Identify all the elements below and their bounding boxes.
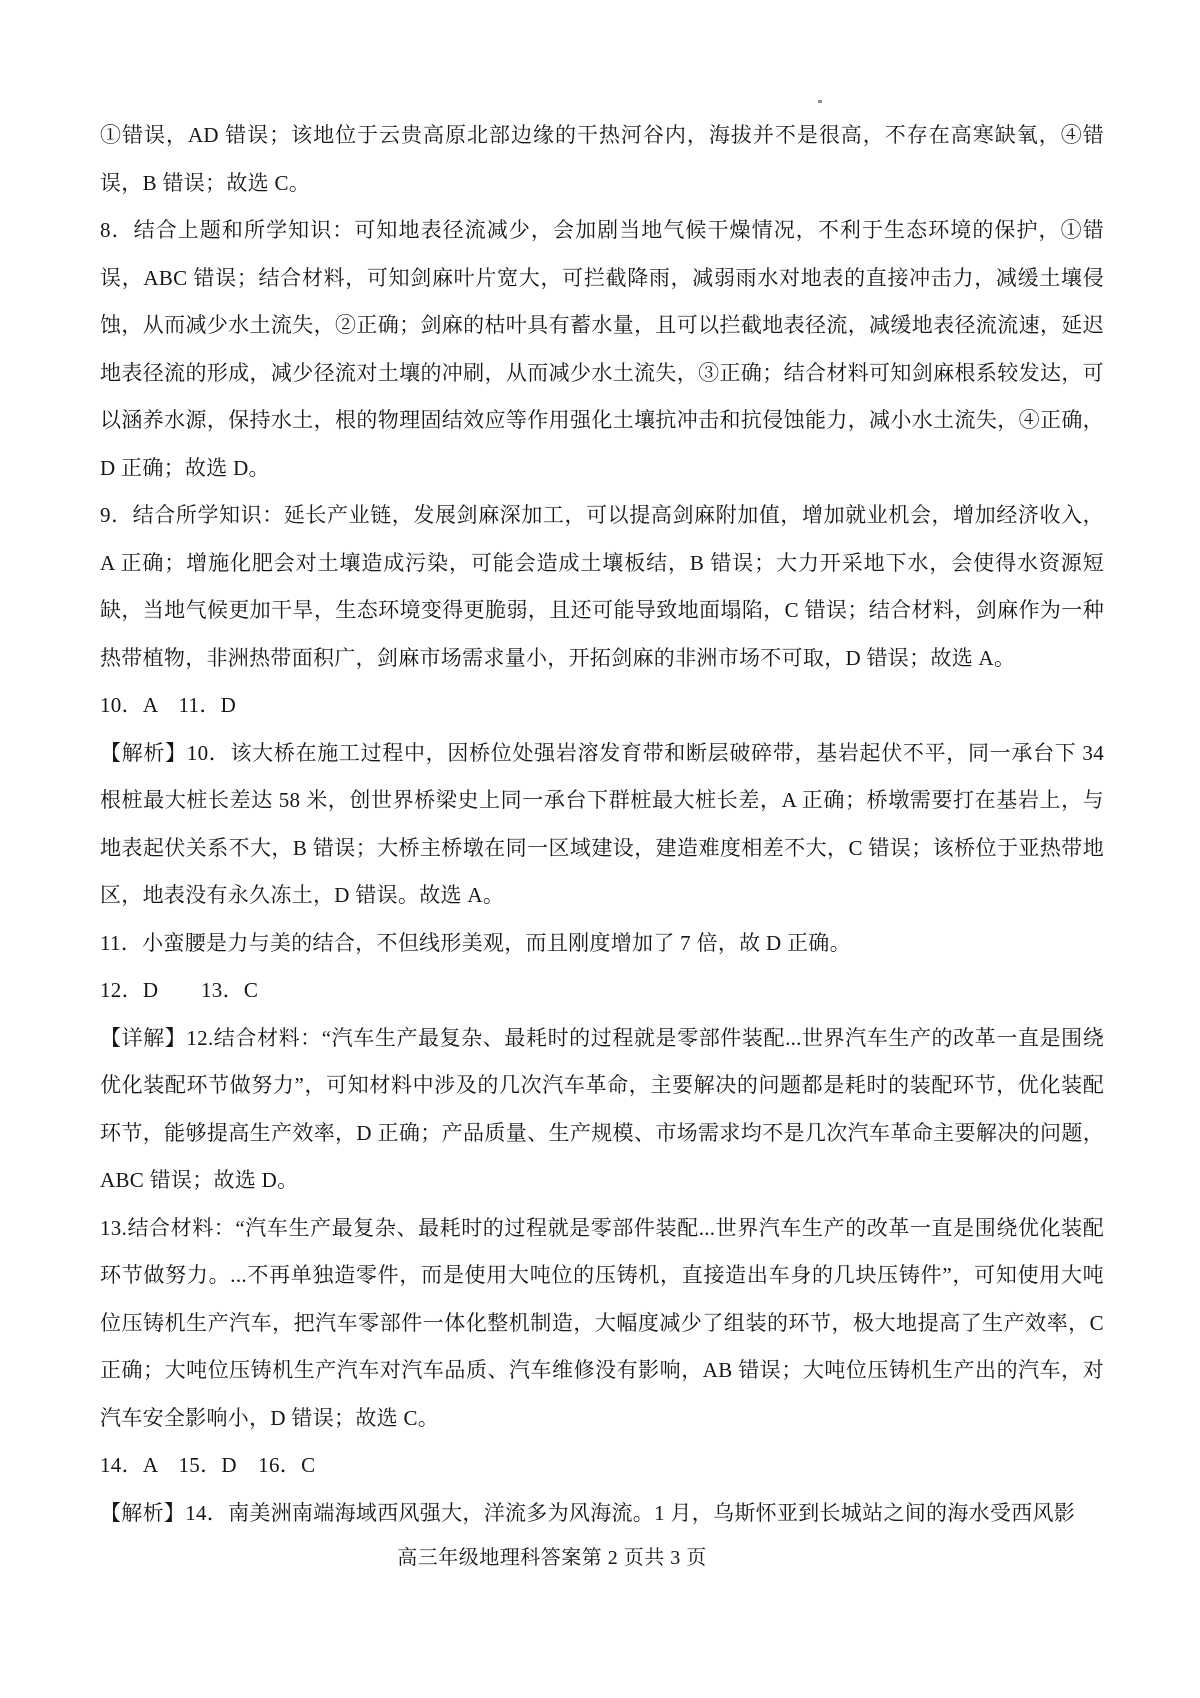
answers-q14-q15-q16: 14．A 15．D 16．C [100, 1442, 1104, 1490]
scan-speck-artifact [818, 100, 822, 103]
document-page: ①错误，AD 错误；该地位于云贵高原北部边缘的干热河谷内，海拔并不是很高，不存在… [0, 0, 1200, 1698]
para-q13-explanation: 13.结合材料：“汽车生产最复杂、最耗时的过程就是零部件装配...世界汽车生产的… [100, 1205, 1104, 1443]
answer-key-body: ①错误，AD 错误；该地位于云贵高原北部边缘的干热河谷内，海拔并不是很高，不存在… [100, 112, 1104, 1537]
para-q9-explanation: 9．结合所学知识：延长产业链，发展剑麻深加工，可以提高剑麻附加值，增加就业机会，… [100, 492, 1104, 682]
para-q11-explanation: 11．小蛮腰是力与美的结合，不但线形美观，而且刚度增加了 7 倍，故 D 正确。 [100, 920, 1104, 968]
page-footer-text: 高三年级地理科答案第 2 页共 3 页 [397, 1547, 707, 1569]
answers-q10-q11: 10．A 11．D [100, 682, 1104, 730]
para-q12-detail: 【详解】12.结合材料：“汽车生产最复杂、最耗时的过程就是零部件装配...世界汽… [100, 1015, 1104, 1205]
para-q10-analysis: 【解析】10．该大桥在施工过程中，因桥位处强岩溶发育带和断层破碎带，基岩起伏不平… [100, 730, 1104, 920]
para-q7-explanation-tail: ①错误，AD 错误；该地位于云贵高原北部边缘的干热河谷内，海拔并不是很高，不存在… [100, 112, 1104, 207]
page-footer: 高三年级地理科答案第 2 页共 3 页 [0, 1544, 1200, 1572]
para-q8-explanation: 8．结合上题和所学知识：可知地表径流减少，会加剧当地气候干燥情况，不利于生态环境… [100, 207, 1104, 492]
para-q14-analysis: 【解析】14．南美洲南端海域西风强大，洋流多为风海流。1 月，乌斯怀亚到长城站之… [100, 1490, 1104, 1538]
answers-q12-q13: 12．D 13．C [100, 967, 1104, 1015]
